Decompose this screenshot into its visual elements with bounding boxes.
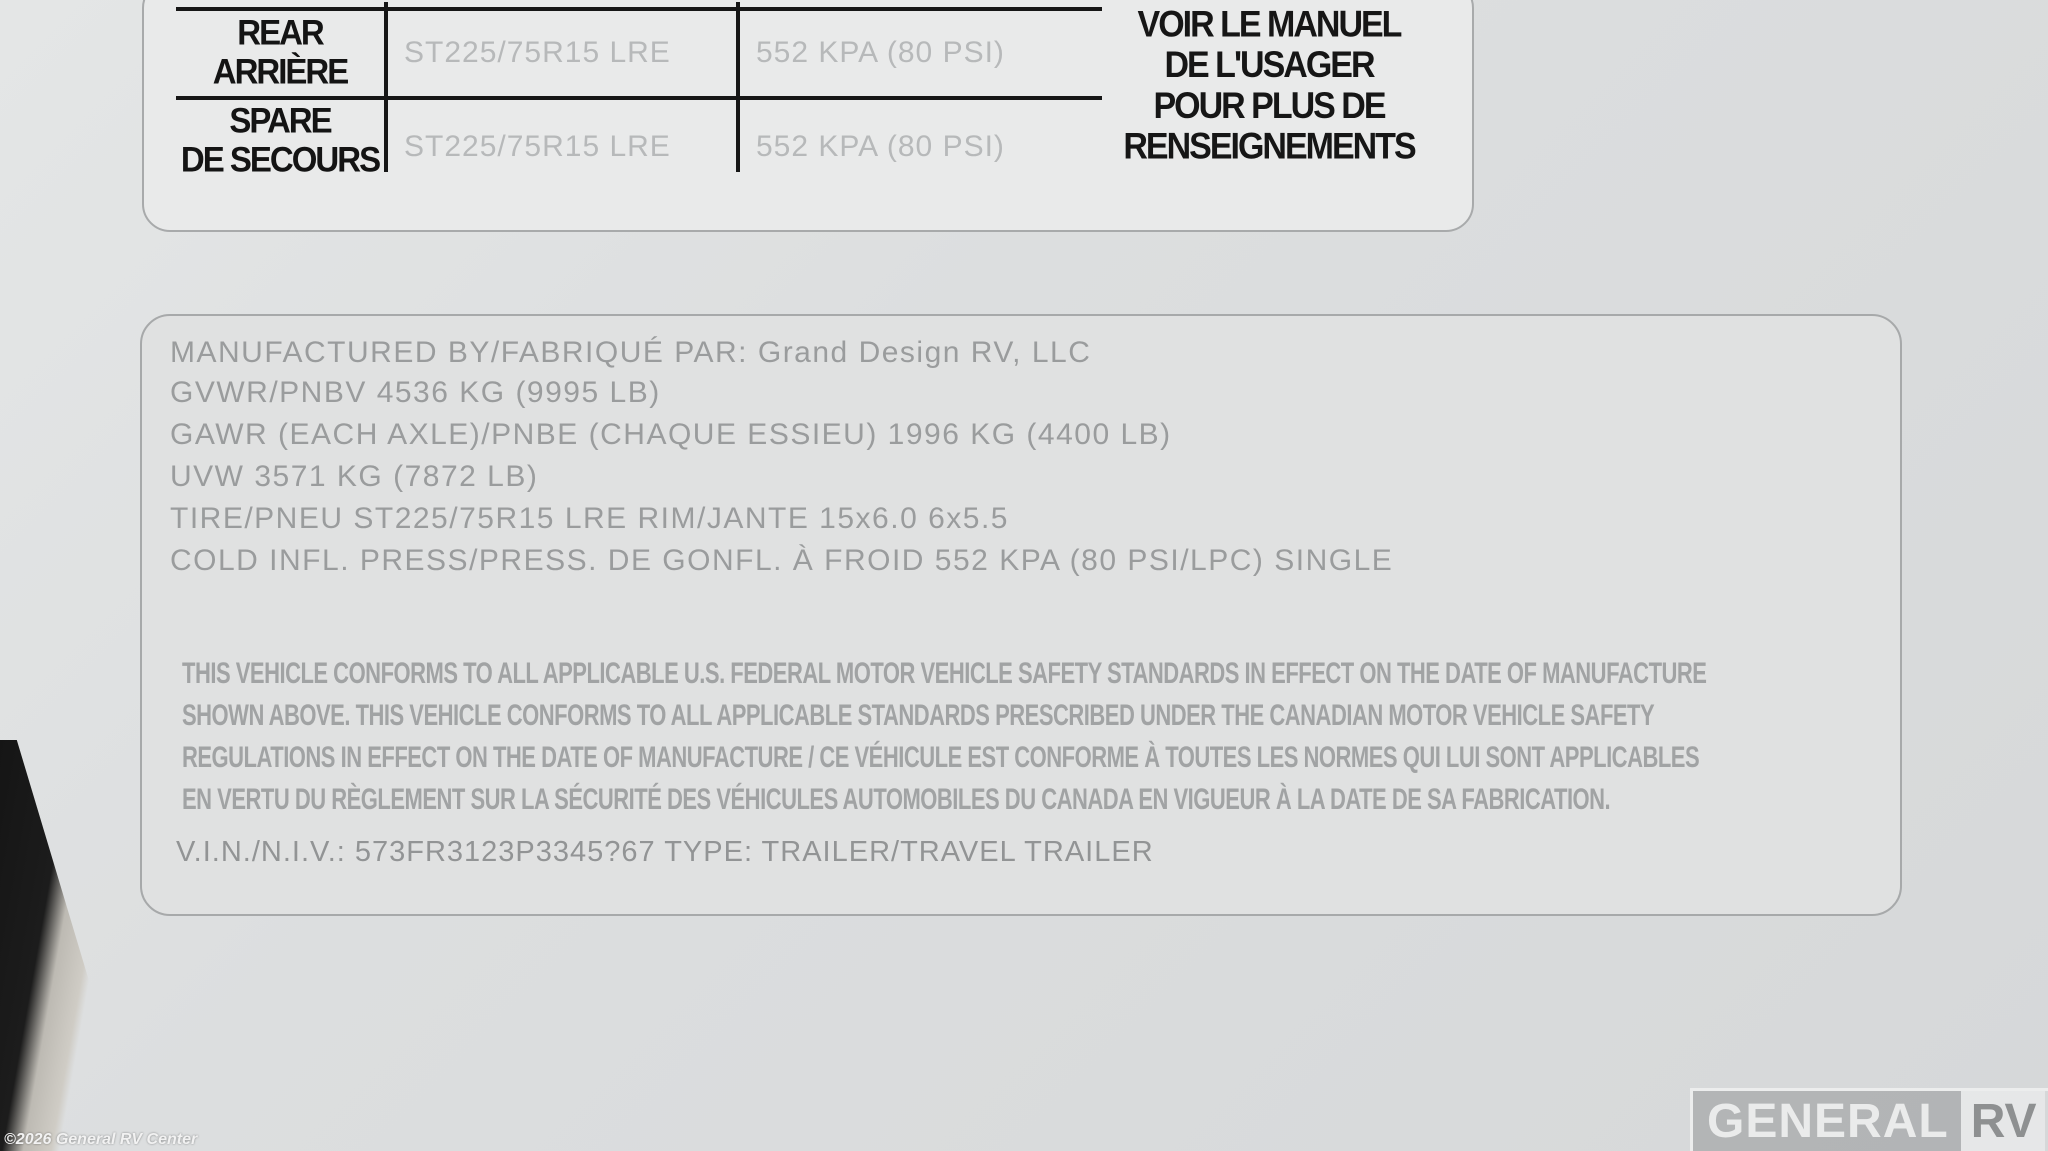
legal-line: REGULATIONS IN EFFECT ON THE DATE OF MAN… xyxy=(182,740,1699,775)
photo: REAR ARRIÈRE SPARE DE SECOURS ST225/75R1… xyxy=(0,0,2048,1151)
gvwr-line: GVWR/PNBV 4536 KG (9995 LB) xyxy=(170,376,661,410)
rear-tire-size: ST225/75R15 LRE xyxy=(404,36,671,70)
table-divider xyxy=(384,2,388,172)
general-rv-logo: GENERAL RV xyxy=(1690,1088,2048,1151)
tire-line: TIRE/PNEU ST225/75R15 LRE RIM/JANTE 15x6… xyxy=(170,502,1009,536)
logo-general-text: GENERAL xyxy=(1693,1091,1961,1151)
cold-inflation-line: COLD INFL. PRESS/PRESS. DE GONFL. À FROI… xyxy=(170,544,1393,578)
rear-tire-pressure: 552 KPA (80 PSI) xyxy=(756,36,1005,70)
uvw-line: UVW 3571 KG (7872 LB) xyxy=(170,460,538,494)
table-rule xyxy=(176,7,1102,11)
legal-line: EN VERTU DU RÈGLEMENT SUR LA SÉCURITÉ DE… xyxy=(182,782,1610,817)
certification-label: MANUFACTURED BY/FABRIQUÉ PAR: Grand Desi… xyxy=(140,314,1902,916)
note-line: VOIR LE MANUEL xyxy=(1104,5,1434,46)
table-divider xyxy=(736,2,740,172)
heading-fr: ARRIÈRE xyxy=(180,52,380,91)
note-line: POUR PLUS DE xyxy=(1104,86,1434,127)
row-heading-spare: SPARE DE SECOURS xyxy=(180,101,380,179)
note-line: DE L'USAGER xyxy=(1104,45,1434,86)
spare-tire-pressure: 552 KPA (80 PSI) xyxy=(756,130,1005,164)
legal-line: THIS VEHICLE CONFORMS TO ALL APPLICABLE … xyxy=(182,656,1706,691)
row-heading-rear: REAR ARRIÈRE xyxy=(180,13,380,91)
copyright-text: ©2026 General RV Center xyxy=(4,1131,197,1149)
tire-pressure-label: REAR ARRIÈRE SPARE DE SECOURS ST225/75R1… xyxy=(142,0,1474,232)
legal-line: SHOWN ABOVE. THIS VEHICLE CONFORMS TO AL… xyxy=(182,698,1654,733)
spare-tire-size: ST225/75R15 LRE xyxy=(404,130,671,164)
heading-fr: DE SECOURS xyxy=(180,140,380,179)
trailer-frame-edge xyxy=(0,740,140,1151)
heading-en: REAR xyxy=(180,13,380,52)
gawr-line: GAWR (EACH AXLE)/PNBE (CHAQUE ESSIEU) 19… xyxy=(170,418,1172,452)
vin-line: V.I.N./N.I.V.: 573FR3123P3345?67 TYPE: T… xyxy=(176,836,1154,869)
manufacturer-line: MANUFACTURED BY/FABRIQUÉ PAR: Grand Desi… xyxy=(170,336,1091,370)
heading-en: SPARE xyxy=(180,101,380,140)
tire-table: REAR ARRIÈRE SPARE DE SECOURS ST225/75R1… xyxy=(176,2,1102,182)
note-line: RENSEIGNEMENTS xyxy=(1104,127,1434,168)
logo-rv-text: RV xyxy=(1961,1091,2045,1151)
see-manual-note: VOIR LE MANUEL DE L'USAGER POUR PLUS DE … xyxy=(1104,5,1434,168)
